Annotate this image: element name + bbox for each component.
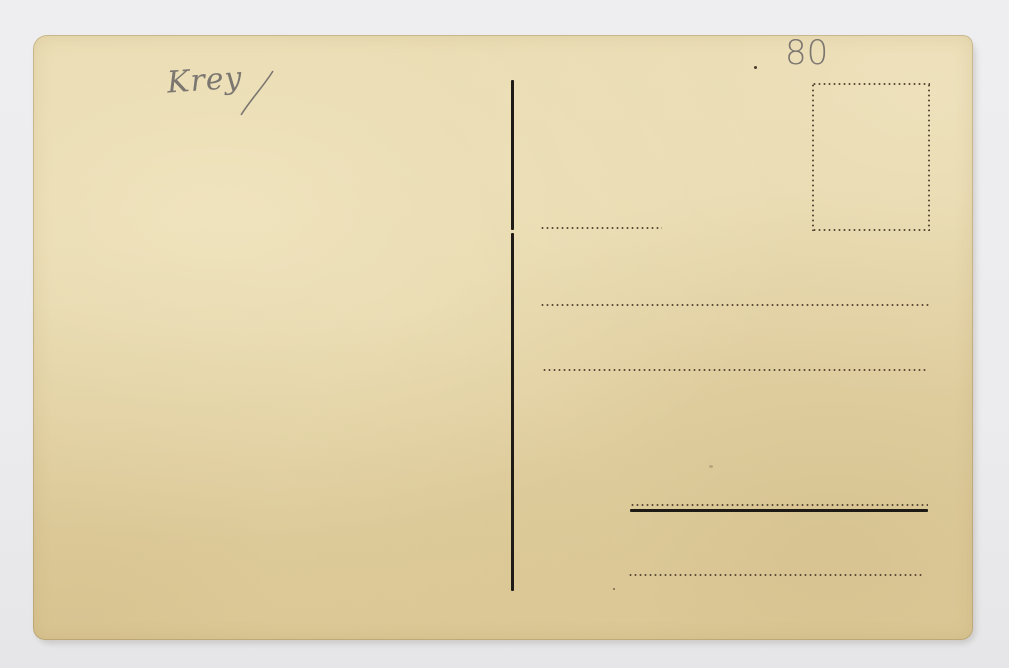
address-line-3 <box>542 369 928 371</box>
address-line-4-underline <box>630 509 928 512</box>
address-line-2 <box>540 304 930 306</box>
stamp-box-bottom <box>812 229 930 231</box>
ink-speck <box>754 66 757 69</box>
stamp-box-left <box>812 83 814 231</box>
pencil-note-number: 80 <box>785 33 828 73</box>
stamp-box-top <box>812 83 930 85</box>
postcard-back: Krey 80 <box>33 35 973 640</box>
address-line-5 <box>628 574 924 576</box>
pencil-flourish-icon <box>233 69 278 119</box>
address-line-4-dots <box>630 504 928 506</box>
divider-line-lower <box>511 233 514 591</box>
divider-line-upper <box>511 80 514 230</box>
stamp-box-right <box>928 83 930 231</box>
address-line-1 <box>540 227 662 229</box>
stain-speck <box>709 465 713 468</box>
pencil-note-name: Krey <box>166 60 244 100</box>
ink-speck <box>613 588 615 590</box>
